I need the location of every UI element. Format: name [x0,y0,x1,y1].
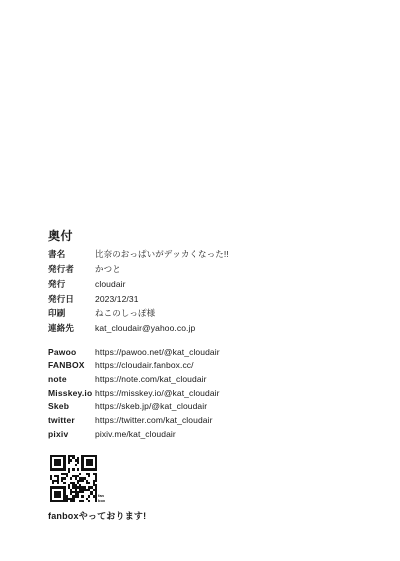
link-url: https://twitter.com/kat_cloudair [95,416,213,425]
colophon-info-table: 書名 比奈のおっぱいがデッカくなった!! 発行者 かつと 発行 cloudair… [48,247,229,336]
row-label: 発行 [48,280,95,289]
link-label: Skeb [48,402,95,411]
table-row: 印刷 ねこのしっぽ様 [48,306,229,321]
link-row: FANBOX https://cloudair.fanbox.cc/ [48,359,220,373]
link-url: https://note.com/kat_cloudair [95,375,207,384]
row-value: kat_cloudair@yahoo.co.jp [95,324,195,333]
table-row: 発行 cloudair [48,277,229,292]
table-row: 発行者 かつと [48,262,229,277]
table-row: 連絡先 kat_cloudair@yahoo.co.jp [48,321,229,336]
link-label: pixiv [48,430,95,439]
link-url: https://pawoo.net/@kat_cloudair [95,348,220,357]
link-label: twitter [48,416,95,425]
fanbox-caption: fanboxやっております! [48,509,146,522]
link-label: note [48,375,95,384]
table-row: 書名 比奈のおっぱいがデッカくなった!! [48,247,229,262]
link-url: https://skeb.jp/@kat_cloudair [95,402,207,411]
link-url: pixiv.me/kat_cloudair [95,430,176,439]
link-url: https://misskey.io/@kat_cloudair [95,389,220,398]
qr-micro-label: fan box [98,494,105,503]
row-value: 比奈のおっぱいがデッカくなった!! [95,250,229,259]
row-label: 連絡先 [48,324,95,333]
row-value: 2023/12/31 [95,295,139,304]
row-value: かつと [95,265,121,274]
link-row: Skeb https://skeb.jp/@kat_cloudair [48,400,220,414]
qr-code [50,455,97,502]
link-row: pixiv pixiv.me/kat_cloudair [48,427,220,441]
link-row: note https://note.com/kat_cloudair [48,372,220,386]
link-label: Misskey.io [48,389,95,398]
social-links-table: Pawoo https://pawoo.net/@kat_cloudair FA… [48,345,220,441]
link-label: FANBOX [48,361,95,370]
colophon-page: 奥付 書名 比奈のおっぱいがデッカくなった!! 発行者 かつと 発行 cloud… [0,0,400,561]
link-row: twitter https://twitter.com/kat_cloudair [48,413,220,427]
link-label: Pawoo [48,348,95,357]
link-row: Pawoo https://pawoo.net/@kat_cloudair [48,345,220,359]
link-url: https://cloudair.fanbox.cc/ [95,361,194,370]
link-row: Misskey.io https://misskey.io/@kat_cloud… [48,386,220,400]
row-label: 発行者 [48,265,95,274]
table-row: 発行日 2023/12/31 [48,291,229,306]
row-label: 印刷 [48,309,95,318]
page-title: 奥付 [48,227,73,244]
row-label: 書名 [48,250,95,259]
row-value: cloudair [95,280,126,289]
row-value: ねこのしっぽ様 [95,309,155,318]
row-label: 発行日 [48,295,95,304]
